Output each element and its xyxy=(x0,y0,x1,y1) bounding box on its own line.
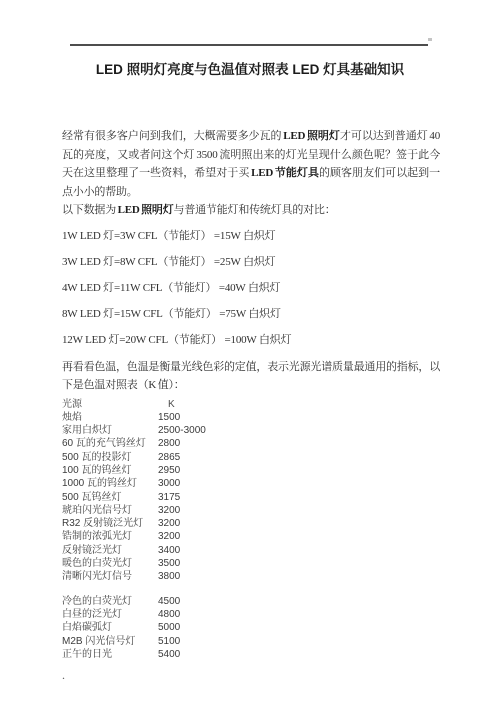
light-source-cell: 暖色的白荧光灯 xyxy=(62,557,158,570)
kelvin-cell: 1500 xyxy=(158,411,180,424)
table-row: 正午的日光 5400 xyxy=(62,648,500,661)
comparison-item-3w: 3W LED 灯=8W CFL（节能灯） =25W 白炽灯 xyxy=(62,254,500,271)
table-row: M2B 闪光信号灯 5100 xyxy=(62,635,500,648)
document-page: LED 照明灯亮度与色温值对照表 LED 灯具基础知识 经常有很多客户问到我们，… xyxy=(0,0,500,708)
light-source-cell: 100 瓦的钨丝灯 xyxy=(62,464,158,477)
light-source-cell: 家用白炽灯 xyxy=(62,424,158,437)
kelvin-cell: 3175 xyxy=(158,491,180,504)
table-header-row: 光源 K xyxy=(62,398,500,411)
column-header-source: 光源 xyxy=(62,398,158,411)
table-row: 60 瓦的充气钨丝灯 2800 xyxy=(62,437,500,450)
light-source-cell: 冷色的白荧光灯 xyxy=(62,595,158,608)
kelvin-cell: 2500-3000 xyxy=(158,424,206,437)
horizontal-divider xyxy=(70,44,428,46)
light-source-cell: 烛焰 xyxy=(62,411,158,424)
table-row: 家用白炽灯 2500-3000 xyxy=(62,424,500,437)
kelvin-cell: 3500 xyxy=(158,557,180,570)
kelvin-cell: 2950 xyxy=(158,464,180,477)
kelvin-cell: 3200 xyxy=(158,517,180,530)
light-source-cell: 正午的日光 xyxy=(62,648,158,661)
light-source-cell: 500 瓦的投影灯 xyxy=(62,451,158,464)
table-row: 500 瓦的投影灯 2865 xyxy=(62,451,500,464)
kelvin-cell: 3800 xyxy=(158,570,180,583)
kelvin-cell: 2865 xyxy=(158,451,180,464)
table-row: 清晰闪光灯信号 3800 xyxy=(62,570,500,583)
comparison-item-4w: 4W LED 灯=11W CFL（节能灯） =40W 白炽灯 xyxy=(62,280,500,297)
comparison-intro-text-1: 以下数据为 xyxy=(62,204,118,216)
intro-bold-led-energy-lamp: LED 节能灯具 xyxy=(251,167,319,179)
light-source-cell: 白焰碳弧灯 xyxy=(62,621,158,634)
light-source-cell: 白昼的泛光灯 xyxy=(62,608,158,621)
comparison-intro-text-2: 与普通节能灯和传统灯具的对比： xyxy=(174,204,336,216)
table-row: 烛焰 1500 xyxy=(62,411,500,424)
table-row: 白焰碳弧灯 5000 xyxy=(62,621,500,634)
trailing-mark: . xyxy=(62,669,500,681)
top-rule xyxy=(70,44,428,46)
kelvin-cell: 4800 xyxy=(158,608,180,621)
intro-paragraph: 经常有很多客户问到我们，大概需要多少瓦的 LED 照明灯才可以达到普通灯 40 … xyxy=(62,127,440,201)
comparison-list: 1W LED 灯=3W CFL（节能灯） =15W 白炽灯 3W LED 灯=8… xyxy=(62,228,500,349)
table-row: 白昼的泛光灯 4800 xyxy=(62,608,500,621)
light-source-cell: 琥珀闪光信号灯 xyxy=(62,504,158,517)
table-row: 锆制的浓弧光灯 3200 xyxy=(62,530,500,543)
kelvin-cell: 3000 xyxy=(158,477,180,490)
comparison-item-8w: 8W LED 灯=15W CFL（节能灯） =75W 白炽灯 xyxy=(62,306,500,323)
comparison-intro: 以下数据为 LED 照明灯与普通节能灯和传统灯具的对比： xyxy=(62,201,440,220)
intro-bold-led-lamp: LED 照明灯 xyxy=(283,130,340,142)
kelvin-cell: 5400 xyxy=(158,648,180,661)
light-source-cell: 清晰闪光灯信号 xyxy=(62,570,158,583)
color-temperature-table: 光源 K 烛焰 1500 家用白炽灯 2500-3000 60 瓦的充气钨丝灯 … xyxy=(62,398,500,662)
light-source-cell: 锆制的浓弧光灯 xyxy=(62,530,158,543)
table-row: 100 瓦的钨丝灯 2950 xyxy=(62,464,500,477)
kelvin-cell: 5000 xyxy=(158,621,180,634)
page-title: LED 照明灯亮度与色温值对照表 LED 灯具基础知识 xyxy=(50,60,450,80)
table-row: 500 瓦钨丝灯 3175 xyxy=(62,491,500,504)
comparison-item-1w: 1W LED 灯=3W CFL（节能灯） =15W 白炽灯 xyxy=(62,228,500,245)
light-source-cell: 60 瓦的充气钨丝灯 xyxy=(62,437,158,450)
kelvin-cell: 2800 xyxy=(158,437,180,450)
column-header-kelvin: K xyxy=(158,398,175,411)
light-source-cell: 反射镜泛光灯 xyxy=(62,544,158,557)
table-row: 冷色的白荧光灯 4500 xyxy=(62,595,500,608)
light-source-cell: 500 瓦钨丝灯 xyxy=(62,491,158,504)
comparison-intro-bold: LED 照明灯 xyxy=(118,204,174,216)
intro-text-1: 经常有很多客户问到我们，大概需要多少瓦的 xyxy=(62,130,283,142)
kelvin-cell: 3400 xyxy=(158,544,180,557)
kelvin-cell: 5100 xyxy=(158,635,180,648)
table-row: 反射镜泛光灯 3400 xyxy=(62,544,500,557)
table-row: R32 反射镜泛光灯 3200 xyxy=(62,517,500,530)
table-row: 1000 瓦的钨丝灯 3000 xyxy=(62,477,500,490)
light-source-cell: M2B 闪光信号灯 xyxy=(62,635,158,648)
kelvin-cell: 3200 xyxy=(158,530,180,543)
kelvin-cell: 3200 xyxy=(158,504,180,517)
comparison-item-12w: 12W LED 灯=20W CFL（节能灯） =100W 白炽灯 xyxy=(62,332,500,349)
light-source-cell: 1000 瓦的钨丝灯 xyxy=(62,477,158,490)
table-row: 琥珀闪光信号灯 3200 xyxy=(62,504,500,517)
corner-mark xyxy=(428,38,432,41)
table-row: 暖色的白荧光灯 3500 xyxy=(62,557,500,570)
kelvin-cell: 4500 xyxy=(158,595,180,608)
colortemp-paragraph: 再看看色温，色温是衡量光线色彩的定值，表示光源光谱质量最通用的指标，以下是色温对… xyxy=(62,358,440,395)
light-source-cell: R32 反射镜泛光灯 xyxy=(62,517,158,530)
